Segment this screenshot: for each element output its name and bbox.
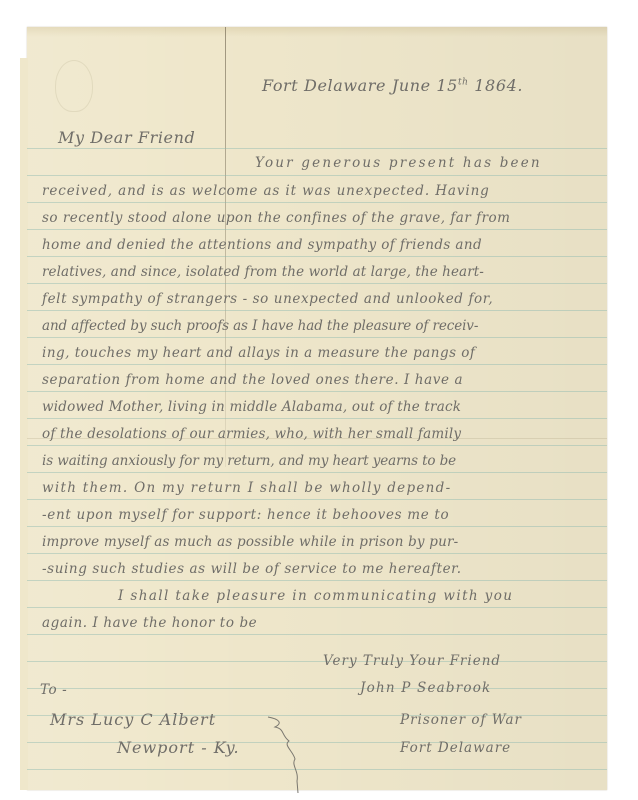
dateline-date: June 15 xyxy=(392,76,458,95)
ruled-line xyxy=(27,607,607,608)
ruled-line xyxy=(27,310,607,311)
ruled-line xyxy=(27,283,607,284)
valediction: Very Truly Your Friend xyxy=(323,653,501,669)
body-line: felt sympathy of strangers - so unexpect… xyxy=(42,291,493,307)
body-line: ing, touches my heart and allays in a me… xyxy=(42,345,475,361)
body-line: again. I have the honor to be xyxy=(42,615,257,631)
body-line: so recently stood alone upon the confine… xyxy=(42,210,510,226)
ruled-line xyxy=(27,634,607,635)
ruled-line xyxy=(27,202,607,203)
salutation: My Dear Friend xyxy=(58,128,195,147)
ruled-line xyxy=(27,229,607,230)
address-name: Mrs Lucy C Albert xyxy=(50,710,216,729)
address-to: To - xyxy=(40,682,67,698)
body-line: separation from home and the loved ones … xyxy=(42,372,463,388)
ruled-line xyxy=(27,661,607,662)
ruled-line xyxy=(27,445,607,446)
body-line: Your generous present has been xyxy=(255,155,542,171)
paper-torn-edge xyxy=(20,58,28,790)
ruled-line xyxy=(27,256,607,257)
address-city: Newport - Ky. xyxy=(117,738,240,757)
dateline-place: Fort Delaware xyxy=(262,76,386,95)
signer-title: Prisoner of War xyxy=(400,712,522,728)
body-line: is waiting anxiously for my return, and … xyxy=(42,453,456,469)
body-line: and affected by such proofs as I have ha… xyxy=(42,318,478,334)
signer-location: Fort Delaware xyxy=(400,740,511,756)
body-line: of the desolations of our armies, who, w… xyxy=(42,426,461,442)
body-line: relatives, and since, isolated from the … xyxy=(42,264,484,280)
ruled-line xyxy=(27,580,607,581)
ruled-line xyxy=(27,175,607,176)
ruled-line xyxy=(27,472,607,473)
body-line: received, and is as welcome as it was un… xyxy=(42,183,490,199)
ruled-line xyxy=(27,364,607,365)
dateline-year: 1864. xyxy=(474,76,523,95)
ruled-line xyxy=(27,337,607,338)
ruled-line xyxy=(27,688,607,689)
body-line: with them. On my return I shall be wholl… xyxy=(42,480,452,496)
dateline-date-suffix: th xyxy=(458,78,469,88)
ruled-line xyxy=(27,499,607,500)
pen-flourish-icon xyxy=(265,715,335,795)
body-line: home and denied the attentions and sympa… xyxy=(42,237,482,253)
ruled-line xyxy=(27,553,607,554)
signature: John P Seabrook xyxy=(360,680,491,696)
ruled-line xyxy=(27,391,607,392)
body-line: widowed Mother, living in middle Alabama… xyxy=(42,399,461,415)
dateline: Fort Delaware June 15th 1864. xyxy=(262,76,523,95)
ruled-line xyxy=(27,148,607,149)
body-line: improve myself as much as possible while… xyxy=(42,534,458,550)
embossed-seal xyxy=(55,60,93,112)
body-line: -ent upon myself for support: hence it b… xyxy=(42,507,449,523)
body-line: I shall take pleasure in communicating w… xyxy=(118,588,513,604)
ruled-line xyxy=(27,418,607,419)
ruled-line xyxy=(27,526,607,527)
body-line: -suing such studies as will be of servic… xyxy=(42,561,462,577)
